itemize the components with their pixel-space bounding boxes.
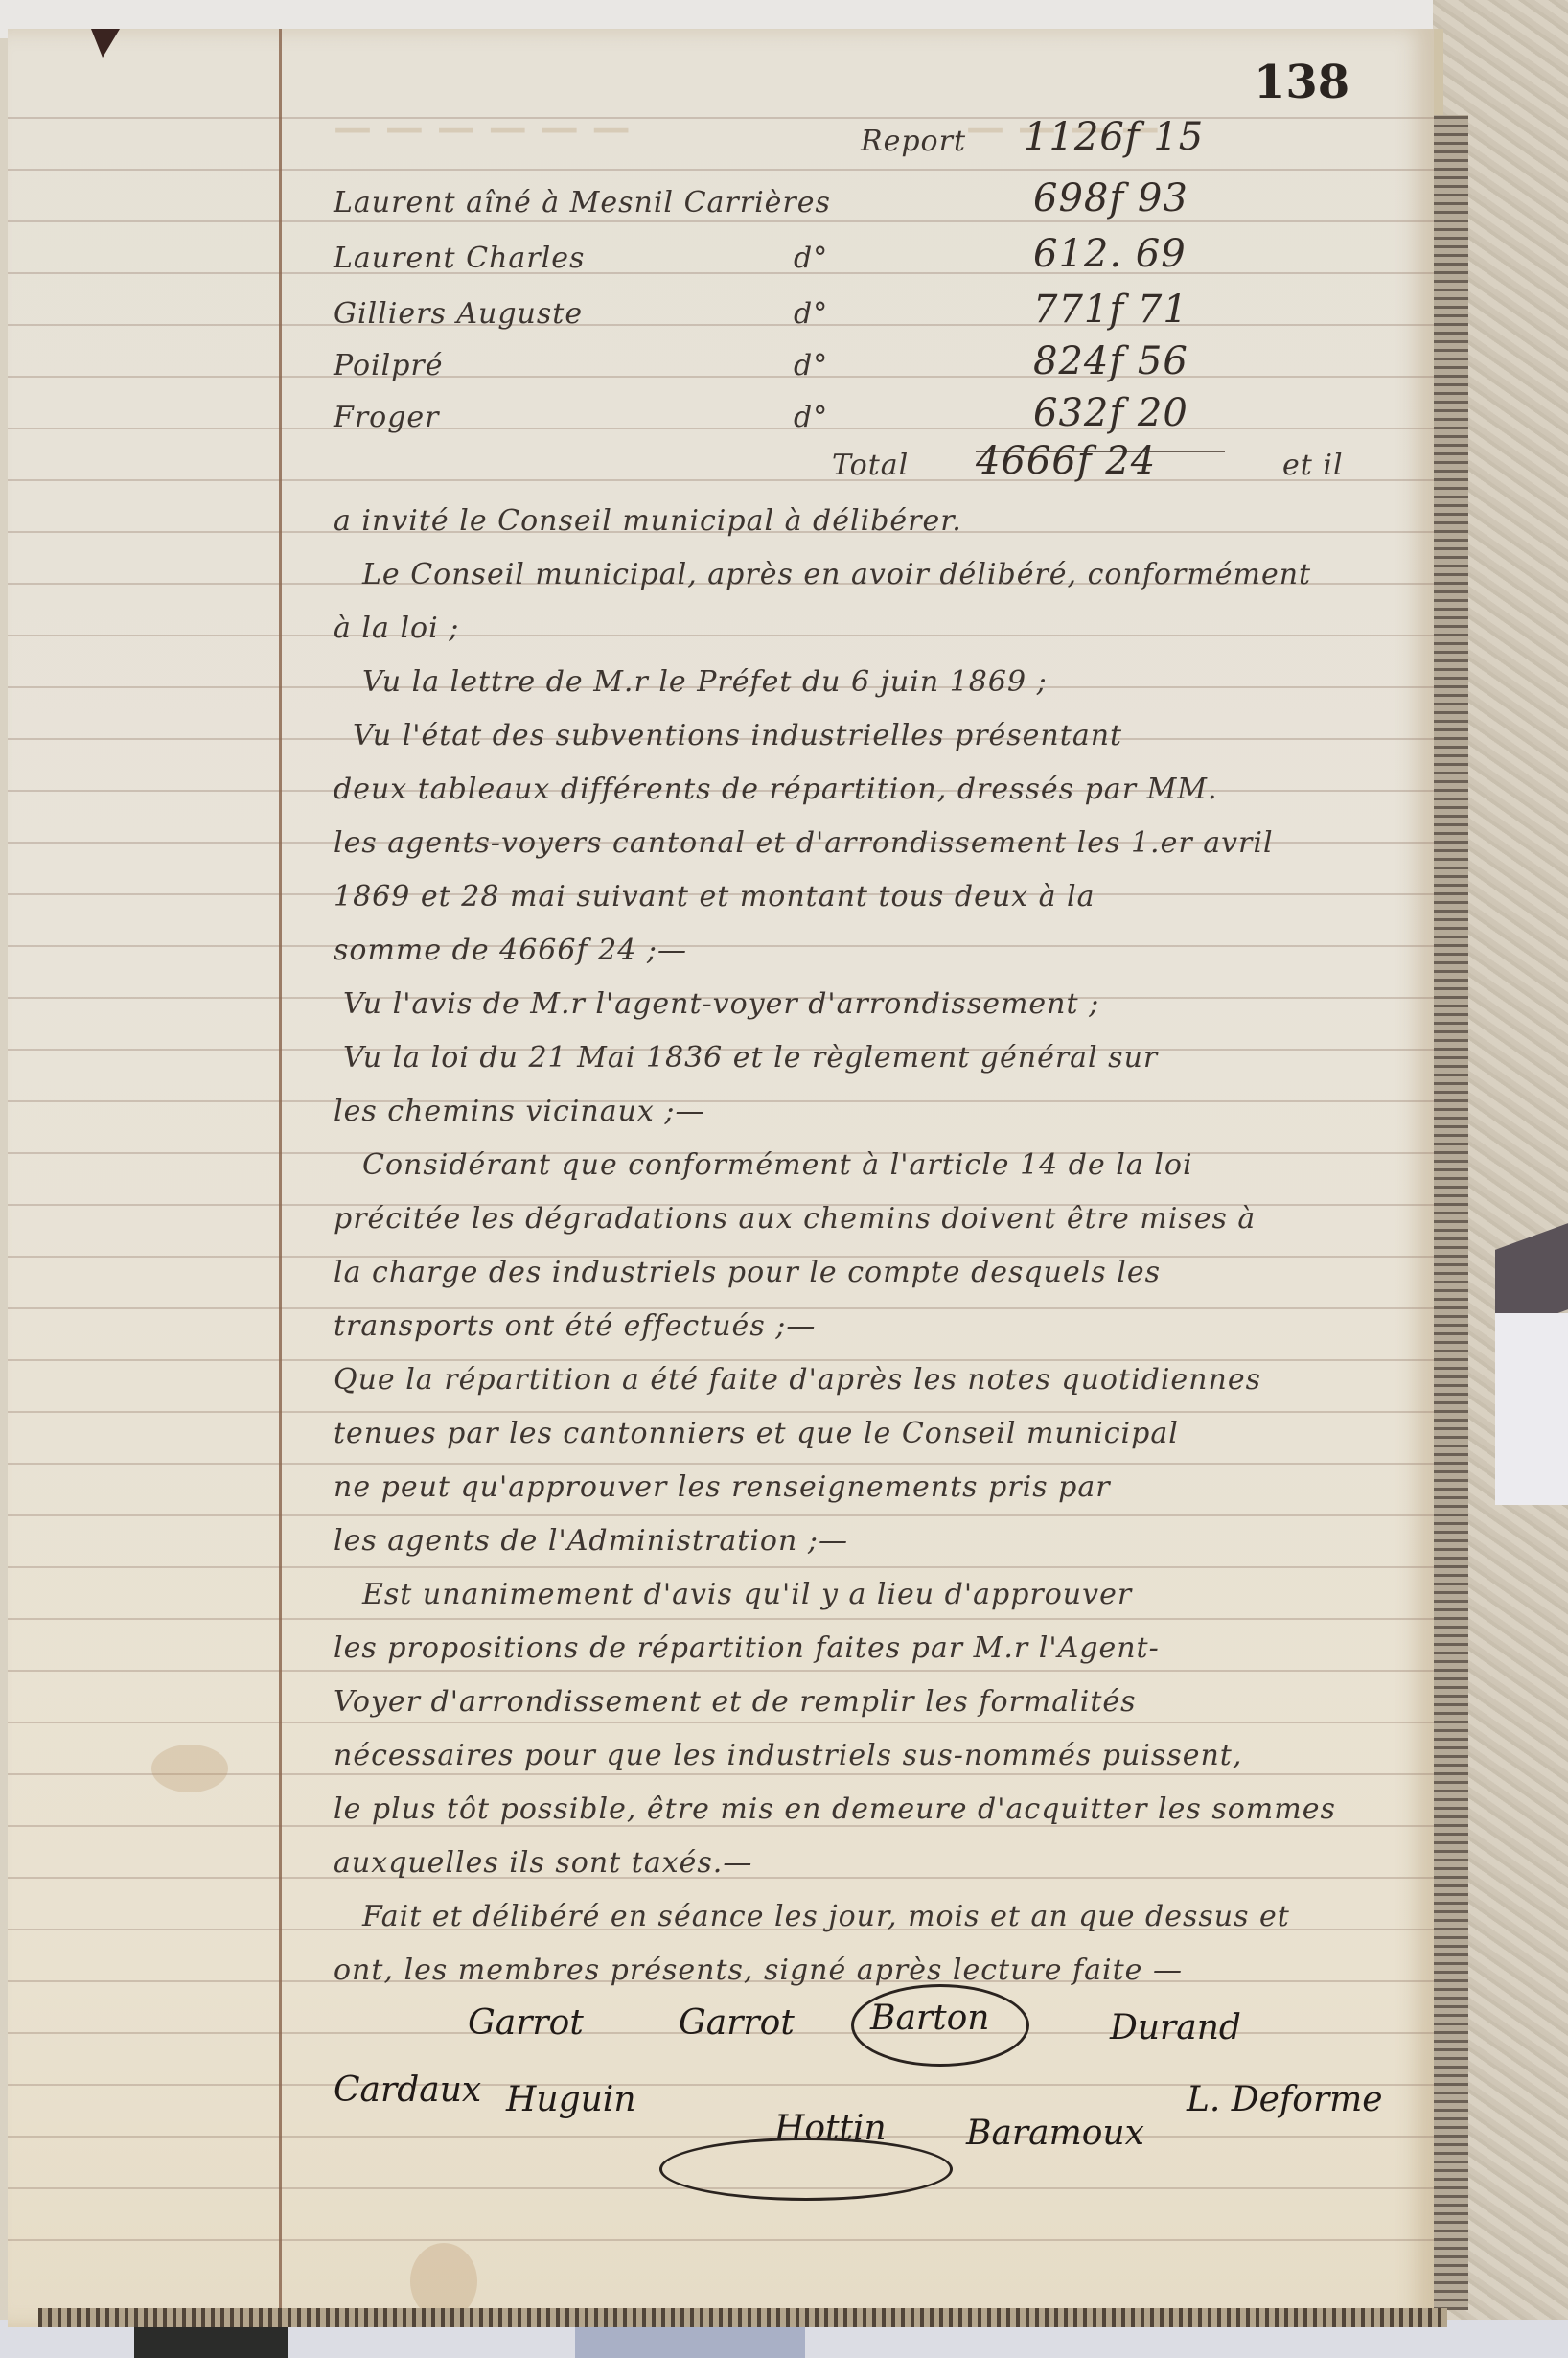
ledger-name: Gilliers Auguste (334, 297, 583, 331)
body-line: deux tableaux différents de répartition,… (334, 773, 1417, 806)
background-paper (1495, 1313, 1568, 1505)
background-paper (575, 2327, 805, 2358)
signature: Garrot (468, 2003, 584, 2043)
body-line: Est unanimement d'avis qu'il y a lieu d'… (362, 1578, 1445, 1611)
background-object (134, 2324, 288, 2358)
body-line: Que la répartition a été faite d'après l… (334, 1363, 1417, 1397)
body-line: les propositions de répartition faites p… (334, 1631, 1417, 1665)
body-line: Le Conseil municipal, après en avoir dél… (362, 558, 1445, 591)
signature: Garrot (679, 2003, 795, 2043)
body-line: les chemins vicinaux ;— (334, 1095, 1417, 1128)
signature: Cardaux (334, 2070, 481, 2110)
signature-flourish (851, 1984, 1029, 2067)
ledger-name: Laurent Charles (334, 242, 585, 275)
total-continuation: et il (1282, 449, 1344, 482)
ledger-amount: 771f 71 (1033, 288, 1188, 332)
body-line: précitée les dégradations aux chemins do… (334, 1202, 1417, 1236)
ledger-row: Laurent Charles d° 612. 69 (334, 238, 1292, 291)
body-line: auxquelles ils sont taxés.— (334, 1846, 1417, 1880)
body-line: Vu la lettre de M.r le Préfet du 6 juin … (362, 665, 1445, 699)
body-line: Considérant que conformément à l'article… (362, 1148, 1445, 1182)
margin-rule (279, 29, 282, 2327)
body-line: les agents-voyers cantonal et d'arrondis… (334, 826, 1417, 860)
carry-forward-amount: 1126f 15 (1024, 115, 1204, 159)
body-line: la charge des industriels pour le compte… (334, 1256, 1417, 1289)
body-line: Vu la loi du 21 Mai 1836 et le règlement… (343, 1041, 1426, 1075)
body-line: à la loi ; (334, 612, 1417, 645)
body-line: somme de 4666f 24 ;— (334, 934, 1417, 967)
carry-forward-label: Report (861, 125, 966, 158)
ledger-page: — — — — — — — — — — 138 Report 1126f 15 … (8, 29, 1443, 2327)
body-line: ont, les membres présents, signé après l… (334, 1953, 1417, 1987)
ledger-name: Laurent aîné à Mesnil Carrières (334, 186, 831, 220)
ledger-amount: 612. 69 (1033, 232, 1187, 276)
page-number: 138 (1254, 56, 1349, 109)
body-line: Voyer d'arrondissement et de remplir les… (334, 1685, 1417, 1719)
ledger-ditto: d° (794, 401, 828, 434)
body-line: tenues par les cantonniers et que le Con… (334, 1417, 1417, 1450)
body-line: a invité le Conseil municipal à délibére… (334, 504, 1417, 538)
ledger-amount: 698f 93 (1033, 176, 1188, 220)
body-line: Vu l'état des subventions industrielles … (353, 719, 1436, 752)
paper-stain (151, 1745, 228, 1792)
ledger-ditto: d° (794, 297, 828, 331)
body-line: 1869 et 28 mai suivant et montant tous d… (334, 880, 1417, 913)
body-line: transports ont été effectués ;— (334, 1309, 1417, 1343)
total-amount: 4666f 24 (976, 439, 1156, 483)
total-label: Total (832, 449, 909, 482)
body-line: Vu l'avis de M.r l'agent-voyer d'arrondi… (343, 987, 1426, 1021)
signature-flourish (659, 2138, 953, 2201)
page-edges (1434, 115, 1468, 2310)
ledger-ditto: d° (794, 349, 828, 382)
ledger-ditto: d° (794, 242, 828, 275)
ledger-amount: 632f 20 (1033, 391, 1188, 435)
body-line: nécessaires pour que les industriels sus… (334, 1739, 1417, 1772)
signature: Durand (1110, 2008, 1241, 2047)
body-line: le plus tôt possible, être mis en demeur… (334, 1792, 1417, 1826)
ledger-name: Poilpré (334, 349, 444, 382)
ledger-amount: 824f 56 (1033, 339, 1188, 383)
signature: L. Deforme (1187, 2080, 1383, 2119)
ledger-row: Laurent aîné à Mesnil Carrières 698f 93 (334, 182, 1292, 236)
page-bottom-edge (38, 2308, 1447, 2327)
signature: Huguin (506, 2080, 636, 2119)
body-line: ne peut qu'approuver les renseignements … (334, 1470, 1417, 1504)
body-line: les agents de l'Administration ;— (334, 1524, 1417, 1558)
bleed-through-text: — — — — — — (334, 105, 631, 150)
signature: Baramoux (966, 2114, 1144, 2153)
ledger-name: Froger (334, 401, 440, 434)
body-line: Fait et délibéré en séance les jour, moi… (362, 1900, 1445, 1933)
